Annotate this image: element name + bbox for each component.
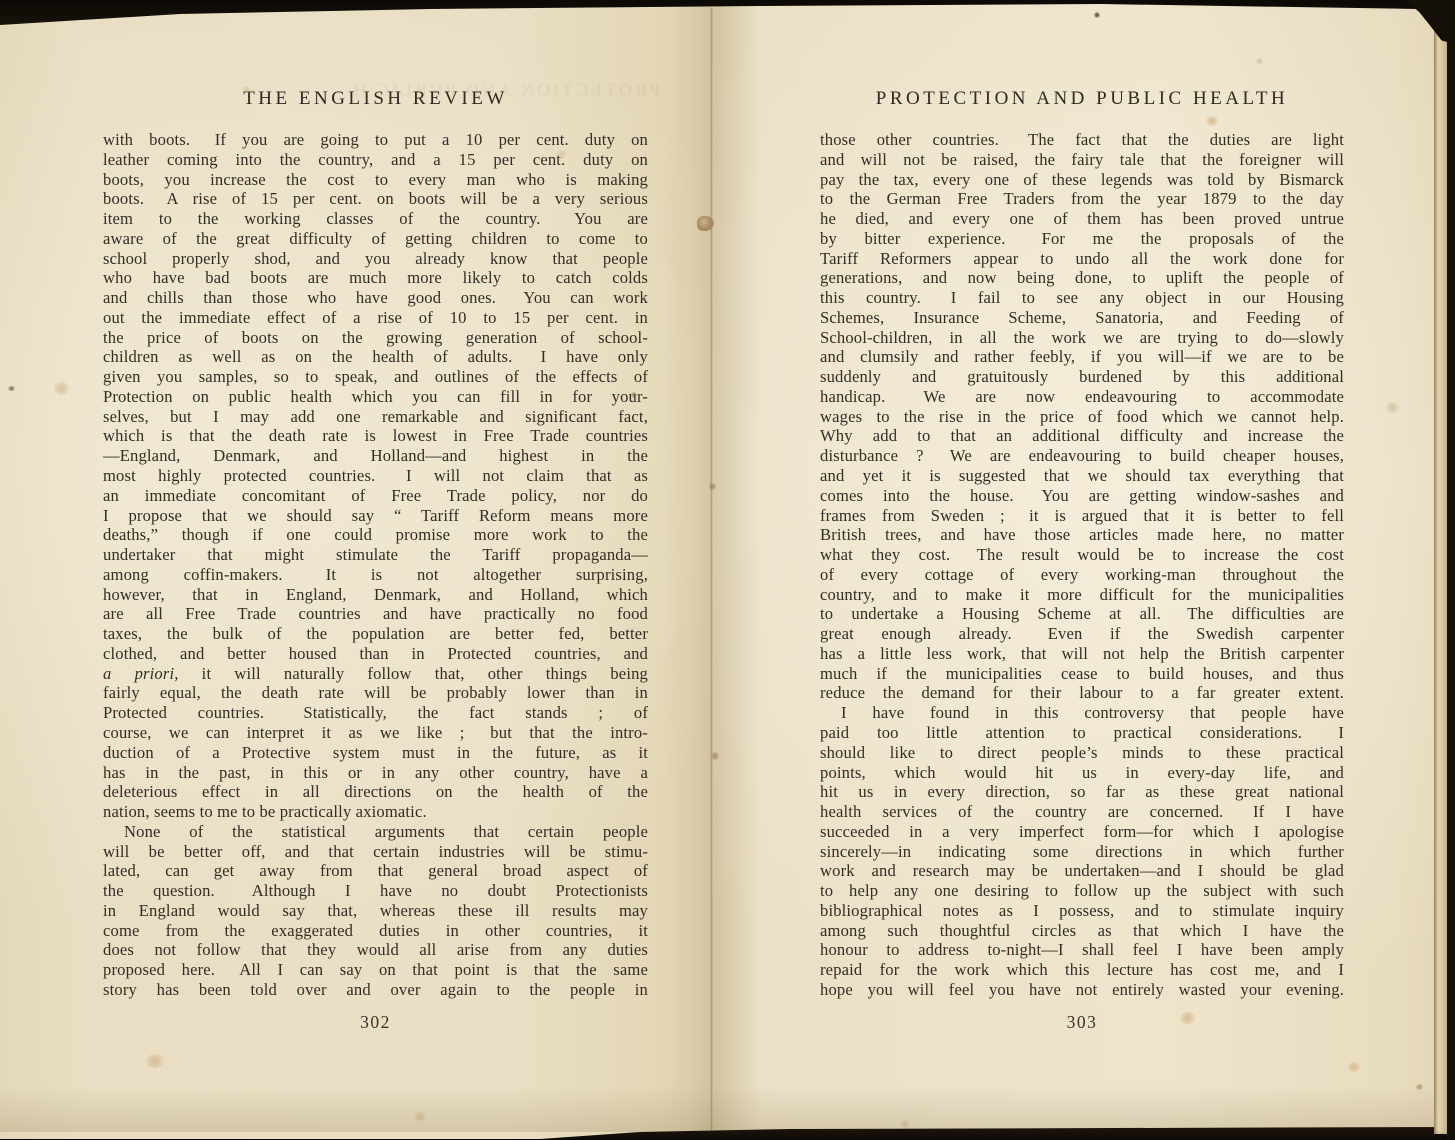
text-line: School-children, in all the work we are … <box>820 328 1344 348</box>
text-line: those other countries. The fact that the… <box>820 130 1344 150</box>
text-line: course, we can interpret it as we like ;… <box>103 723 648 743</box>
text-line: undertaker that might stimulate the Tari… <box>103 545 648 565</box>
text-line: and yet it is suggested that we should t… <box>820 466 1344 486</box>
text-line: British trees, and have those articles m… <box>820 525 1344 545</box>
text-line: taxes, the bulk of the population are be… <box>103 624 648 644</box>
text-line: clothed, and better housed than in Prote… <box>103 644 648 664</box>
text-line: to help any one desiring to follow up th… <box>820 881 1344 901</box>
text-line: which is that the death rate is lowest i… <box>103 426 648 446</box>
text-line: among such thoughtful circles as that wh… <box>820 921 1344 941</box>
text-line: Tariff Reformers appear to undo all the … <box>820 249 1344 269</box>
text-line: this country. I fail to see any object i… <box>820 288 1344 308</box>
text-line: who have bad boots are much more likely … <box>103 268 648 288</box>
text-line: has a little less work, that will not he… <box>820 644 1344 664</box>
text-line: paid too little attention to practical c… <box>820 723 1344 743</box>
left-running-head: THE ENGLISH REVIEW <box>103 88 648 112</box>
text-line: health services of the country are conce… <box>820 802 1344 822</box>
text-line: and will not be raised, the fairy tale t… <box>820 150 1344 170</box>
right-text-block: those other countries. The fact that the… <box>820 130 1344 1000</box>
text-line: should like to direct people’s minds to … <box>820 743 1344 763</box>
text-line: children as well as on the health of adu… <box>103 347 648 367</box>
text-line: points, which would hit us in every-day … <box>820 763 1344 783</box>
text-line: a priori, it will naturally follow that,… <box>103 664 648 684</box>
scan-right-edge <box>1447 0 1455 1140</box>
text-line: generations, and now being done, to upli… <box>820 268 1344 288</box>
text-line: the price of boots on the growing genera… <box>103 328 648 348</box>
text-line: much if the municipalities cease to buil… <box>820 664 1344 684</box>
text-line: reduce the demand for their labour to a … <box>820 683 1344 703</box>
page-edges-band <box>1434 6 1448 1134</box>
text-line: proposed here. All I can say on that poi… <box>103 960 648 980</box>
text-line: hope you will feel you have not entirely… <box>820 980 1344 1000</box>
text-line: frames from Sweden ; it is argued that i… <box>820 506 1344 526</box>
text-line: Why add to that an additional difficulty… <box>820 426 1344 446</box>
text-line: great enough already. Even if the Swedis… <box>820 624 1344 644</box>
text-line: honour to address to-night—I shall feel … <box>820 940 1344 960</box>
text-line: boots, you increase the cost to every ma… <box>103 170 648 190</box>
text-line: wages to the rise in the price of food w… <box>820 407 1344 427</box>
text-line: he died, and every one of them has been … <box>820 209 1344 229</box>
text-line: nation, seems to me to be practically ax… <box>103 802 648 822</box>
text-line: aware of the great difficulty of getting… <box>103 229 648 249</box>
text-line: pay the tax, every one of these legends … <box>820 170 1344 190</box>
text-line: disturbance ? We are endeavouring to bui… <box>820 446 1344 466</box>
text-line: of every cottage of every working-man th… <box>820 565 1344 585</box>
text-line: story has been told over and over again … <box>103 980 648 1000</box>
text-line: comes into the house. You are getting wi… <box>820 486 1344 506</box>
text-line: work and research may be undertaken—and … <box>820 861 1344 881</box>
text-line: fairly equal, the death rate will be pro… <box>103 683 648 703</box>
text-line: has in the past, in this or in any other… <box>103 763 648 783</box>
text-line: does not follow that they would all aris… <box>103 940 648 960</box>
right-page: PROTECTION AND PUBLIC HEALTH those other… <box>712 0 1455 1140</box>
left-page-number: 302 <box>103 1012 648 1034</box>
left-text-block: with boots. If you are going to put a 10… <box>103 130 648 1000</box>
text-line: most highly protected countries. I will … <box>103 466 648 486</box>
text-line: will be better off, and that certain ind… <box>103 842 648 862</box>
text-line: selves, but I may add one remarkable and… <box>103 407 648 427</box>
text-line: bibliographical notes as I possess, and … <box>820 901 1344 921</box>
text-line: are all Free Trade countries and have pr… <box>103 604 648 624</box>
text-line: repaid for the work which this lecture h… <box>820 960 1344 980</box>
text-line: I propose that we should say “ Tariff Re… <box>103 506 648 526</box>
text-line: —England, Denmark, and Holland—and highe… <box>103 446 648 466</box>
text-line: out the immediate effect of a rise of 10… <box>103 308 648 328</box>
text-line: leather coming into the country, and a 1… <box>103 150 648 170</box>
text-line: with boots. If you are going to put a 10… <box>103 130 648 150</box>
text-line: to undertake a Housing Scheme at all. Th… <box>820 604 1344 624</box>
text-line: and clumsily and rather feebly, if you w… <box>820 347 1344 367</box>
text-line: however, that in England, Denmark, and H… <box>103 585 648 605</box>
text-line: succeeded in a very imperfect form—for w… <box>820 822 1344 842</box>
right-running-head: PROTECTION AND PUBLIC HEALTH <box>820 88 1344 112</box>
text-line: and chills than those who have good ones… <box>103 288 648 308</box>
text-line: country, and to make it more difficult f… <box>820 585 1344 605</box>
text-line: among coffin-makers. It is not altogethe… <box>103 565 648 585</box>
text-line: duction of a Protective system must in t… <box>103 743 648 763</box>
text-line: by bitter experience. For me the proposa… <box>820 229 1344 249</box>
text-line: sincerely—in indicating some directions … <box>820 842 1344 862</box>
text-line: come from the exaggerated duties in othe… <box>103 921 648 941</box>
text-line: item to the working classes of the count… <box>103 209 648 229</box>
text-line: hit us in every direction, so far as the… <box>820 782 1344 802</box>
text-segment: it will naturally follow that, other thi… <box>179 664 648 683</box>
text-line: school properly shod, and you already kn… <box>103 249 648 269</box>
book-scan: PROTECTION AND PUBLIC HEALTH THE ENGLISH… <box>0 0 1455 1140</box>
text-line: None of the statistical arguments that c… <box>103 822 648 842</box>
text-line: Protected countries. Statistically, the … <box>103 703 648 723</box>
text-line: what they cost. The result would be to i… <box>820 545 1344 565</box>
right-page-number: 303 <box>820 1012 1344 1034</box>
text-line: boots. A rise of 15 per cent. on boots w… <box>103 189 648 209</box>
text-line: given you samples, so to speak, and outl… <box>103 367 648 387</box>
left-page: PROTECTION AND PUBLIC HEALTH THE ENGLISH… <box>0 0 712 1140</box>
text-line: in England would say that, whereas these… <box>103 901 648 921</box>
italic-phrase: a priori, <box>103 664 179 683</box>
text-line: Schemes, Insurance Scheme, Sanatoria, an… <box>820 308 1344 328</box>
text-line: lated, can get away from that general br… <box>103 861 648 881</box>
text-line: I have found in this controversy that pe… <box>820 703 1344 723</box>
text-line: an immediate concomitant of Free Trade p… <box>103 486 648 506</box>
text-line: the question. Although I have no doubt P… <box>103 881 648 901</box>
text-line: handicap. We are now endeavouring to acc… <box>820 387 1344 407</box>
text-line: deaths,” though if one could promise mor… <box>103 525 648 545</box>
text-line: deleterious effect in all directions on … <box>103 782 648 802</box>
text-line: suddenly and gratuitously burdened by th… <box>820 367 1344 387</box>
text-line: to the German Free Traders from the year… <box>820 189 1344 209</box>
text-line: Protection on public health which you ca… <box>103 387 648 407</box>
